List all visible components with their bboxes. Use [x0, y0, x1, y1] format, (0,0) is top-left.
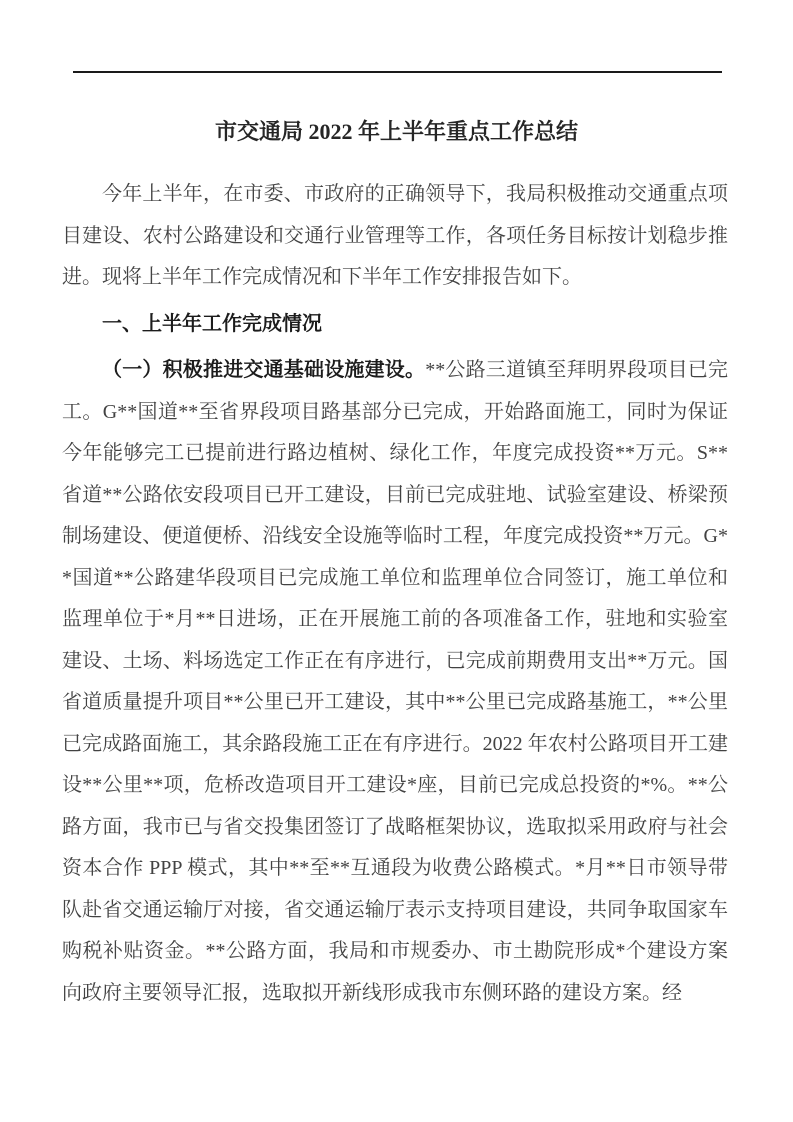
document-body: 今年上半年，在市委、市政府的正确领导下，我局积极推动交通重点项目建设、农村公路建… — [62, 174, 728, 1014]
intro-paragraph: 今年上半年，在市委、市政府的正确领导下，我局积极推动交通重点项目建设、农村公路建… — [62, 174, 728, 299]
subsection-1-body: **公路三道镇至拜明界段项目已完工。G**国道**至省界段项目路基部分已完成，开… — [62, 359, 728, 1004]
subsection-1-lead: （一）积极推进交通基础设施建设。 — [102, 359, 425, 381]
header-rule — [73, 71, 722, 73]
document-page: 市交通局 2022 年上半年重点工作总结 今年上半年，在市委、市政府的正确领导下… — [0, 0, 793, 1122]
section-1-heading: 一、上半年工作完成情况 — [62, 304, 728, 346]
section-1-sub-1-paragraph: （一）积极推进交通基础设施建设。**公路三道镇至拜明界段项目已完工。G**国道*… — [62, 350, 728, 1014]
document-title: 市交通局 2022 年上半年重点工作总结 — [0, 116, 793, 148]
